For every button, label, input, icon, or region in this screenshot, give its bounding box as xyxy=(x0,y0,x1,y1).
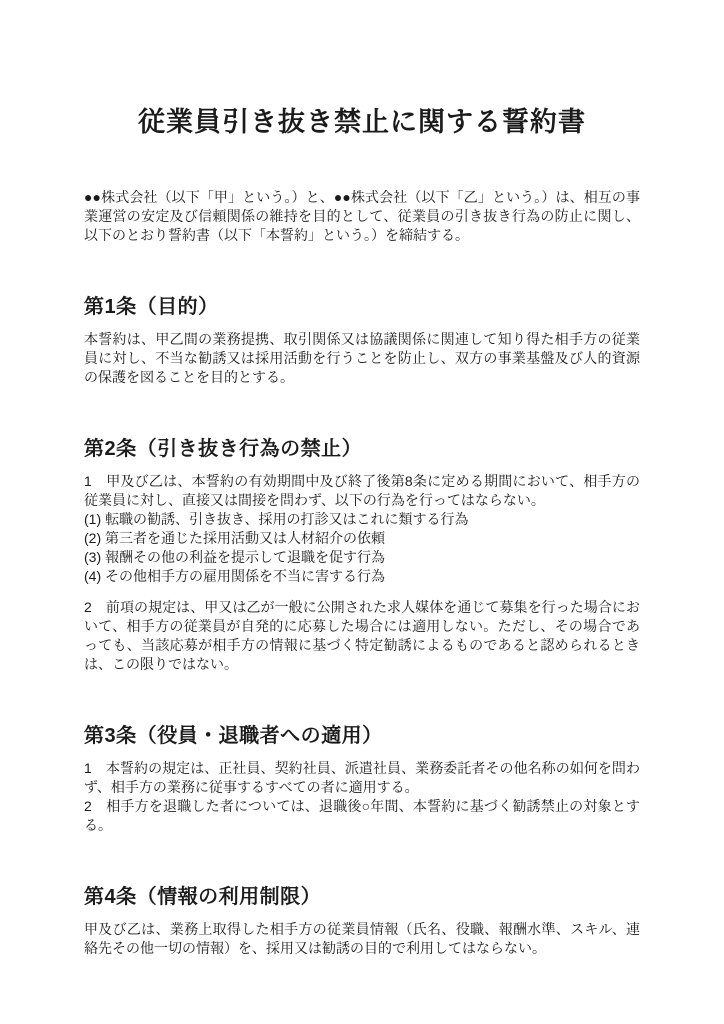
article-1-heading: 第1条（目的） xyxy=(84,295,640,319)
article-3-paragraph-1: 1 本誓約の規定は、正社員、契約社員、派遣社員、業務委託者その他名称の如何を問わ… xyxy=(84,759,640,797)
article-3-heading: 第3条（役員・退職者への適用） xyxy=(84,724,640,748)
article-3-paragraph-2: 2 相手方を退職した者については、退職後○年間、本誓約に基づく勧誘禁止の対象とす… xyxy=(84,797,640,835)
document-title: 従業員引き抜き禁止に関する誓約書 xyxy=(84,0,640,140)
article-4-heading: 第4条（情報の利用制限） xyxy=(84,885,640,909)
article-2-paragraph-1: 1 甲及び乙は、本誓約の有効期間中及び終了後第8条に定める期間において、相手方の… xyxy=(84,472,640,586)
article-1-paragraph-1: 本誓約は、甲乙間の業務提携、取引関係又は協議関係に関連して知り得た相手方の従業員… xyxy=(84,330,640,387)
document-page: 従業員引き抜き禁止に関する誓約書 ●●株式会社（以下「甲」という。）と、●●株式… xyxy=(0,0,724,1024)
preamble: ●●株式会社（以下「甲」という。）と、●●株式会社（以下「乙」という。）は、相互… xyxy=(84,188,640,245)
article-1: 第1条（目的） 本誓約は、甲乙間の業務提携、取引関係又は協議関係に関連して知り得… xyxy=(84,295,640,387)
article-2-paragraph-2: 2 前項の規定は、甲又は乙が一般に公開された求人媒体を通じて募集を行った場合にお… xyxy=(84,598,640,674)
article-4-paragraph-1: 甲及び乙は、業務上取得した相手方の従業員情報（氏名、役職、報酬水準、スキル、連絡… xyxy=(84,920,640,958)
article-3: 第3条（役員・退職者への適用） 1 本誓約の規定は、正社員、契約社員、派遣社員、… xyxy=(84,724,640,835)
article-2-heading: 第2条（引き抜き行為の禁止） xyxy=(84,437,640,461)
article-2: 第2条（引き抜き行為の禁止） 1 甲及び乙は、本誓約の有効期間中及び終了後第8条… xyxy=(84,437,640,674)
article-4: 第4条（情報の利用制限） 甲及び乙は、業務上取得した相手方の従業員情報（氏名、役… xyxy=(84,885,640,958)
